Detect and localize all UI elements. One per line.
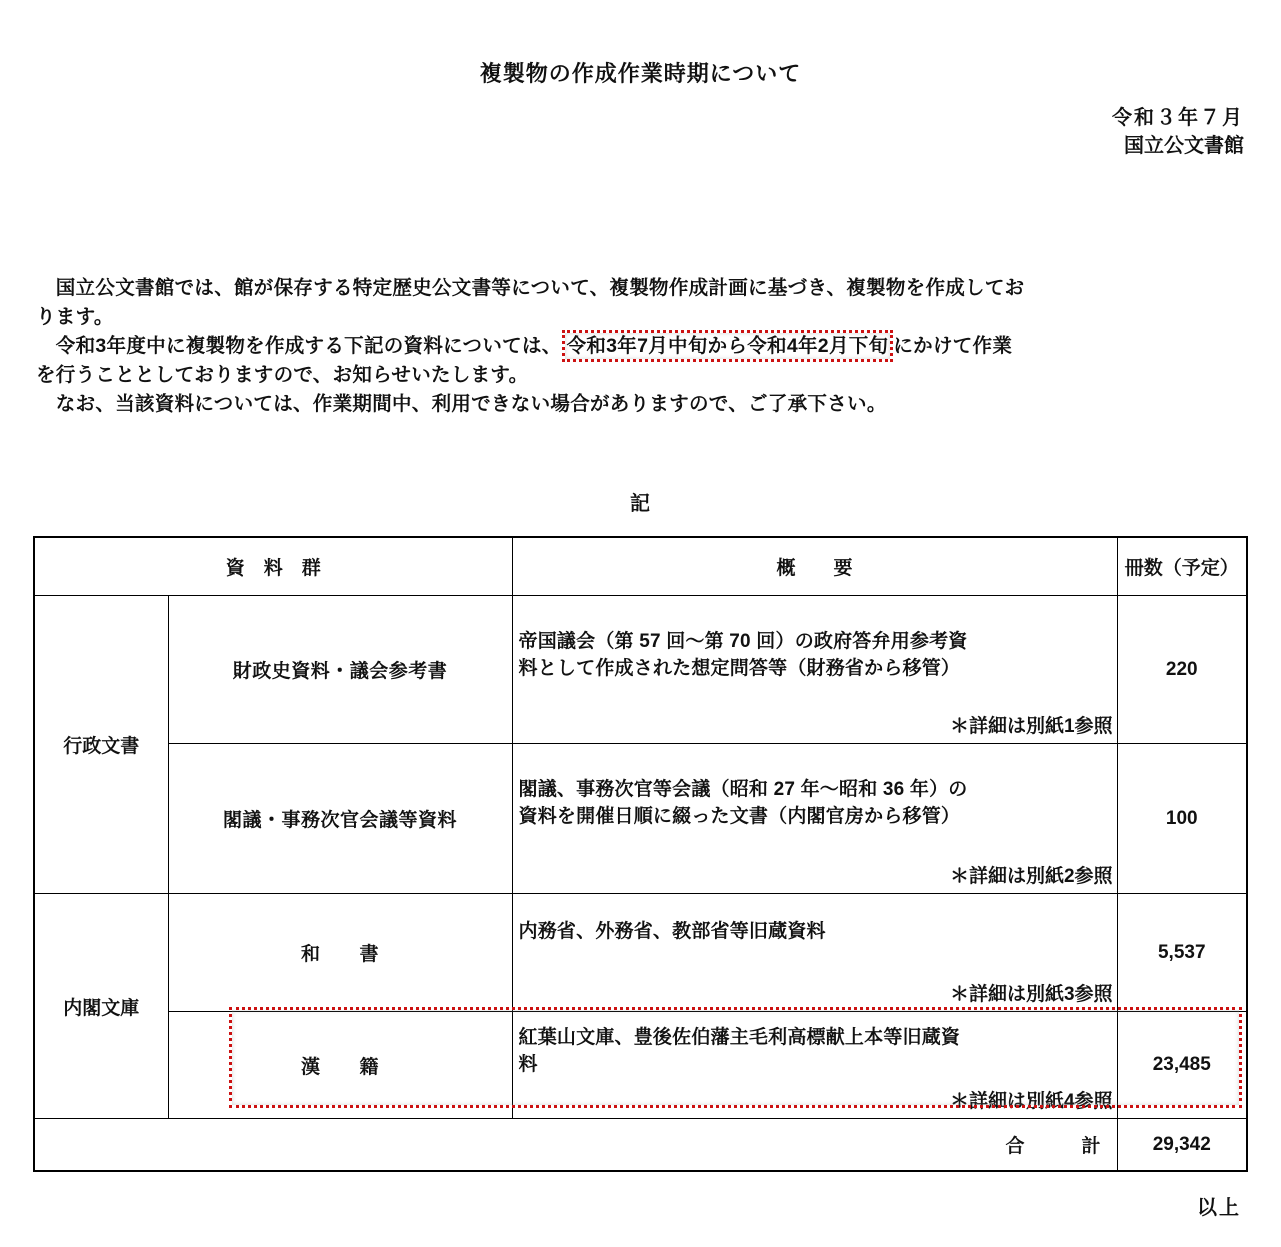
row4-count: 23,485 [1117,1012,1247,1119]
total-count: 29,342 [1117,1119,1247,1172]
total-label: 合 計 [34,1119,1117,1172]
body-line-3-after: にかけて作業 [893,335,1012,357]
materials-table: 資 料 群 概 要 冊数（予定） 行政文書 財政史資料・議会参考書 帝国議会（第… [33,536,1248,1172]
body-line-3-before: 令和3年度中に複製物を作成する下記の資料については、 [36,335,562,357]
body-line-4: を行うこととしておりますので、お知らせいたします。 [36,361,1248,390]
row1-summary-cell: 帝国議会（第 57 回～第 70 回）の政府答弁用参考資 料として作成された想定… [512,596,1117,744]
document-title: 複製物の作成作業時期について [0,57,1281,88]
table-row: 閣議・事務次官会議等資料 閣議、事務次官等会議（昭和 27 年～昭和 36 年）… [34,744,1247,894]
doc-organization: 国立公文書館 [1112,132,1244,160]
row4-note: ＊詳細は別紙4参照 [950,1086,1113,1113]
row3-count: 5,537 [1117,894,1247,1012]
row3-note: ＊詳細は別紙3参照 [950,979,1113,1006]
row4-summary-cell: 紅葉山文庫、豊後佐伯藩主毛利高標献上本等旧蔵資 料 ＊詳細は別紙4参照 [512,1012,1117,1119]
row2-desc: 閣議、事務次官等会議（昭和 27 年～昭和 36 年）の 資料を開催日順に綴った… [513,746,1117,831]
body-line-3: 令和3年度中に複製物を作成する下記の資料については、令和3年7月中旬から令和4年… [36,332,1248,361]
row4-desc: 紅葉山文庫、豊後佐伯藩主毛利高標献上本等旧蔵資 料 [513,1014,1117,1079]
col-header-group: 資 料 群 [34,537,512,596]
col-header-summary: 概 要 [512,537,1117,596]
row4-desc-line1: 紅葉山文庫、豊後佐伯藩主毛利高標献上本等旧蔵資 [519,1024,1109,1052]
document-page: 複製物の作成作業時期について 令和３年７月 国立公文書館 国立公文書館では、館が… [0,0,1281,1247]
table-row: 行政文書 財政史資料・議会参考書 帝国議会（第 57 回～第 70 回）の政府答… [34,596,1247,744]
col-header-count: 冊数（予定） [1117,537,1247,596]
row1-desc-line2: 料として作成された想定問答等（財務省から移管） [519,655,1109,683]
row3-desc: 内務省、外務省、教部省等旧蔵資料 [513,896,1117,946]
table-row: 漢 籍 紅葉山文庫、豊後佐伯藩主毛利高標献上本等旧蔵資 料 ＊詳細は別紙4参照 … [34,1012,1247,1119]
row2-count: 100 [1117,744,1247,894]
group-cell-naikaku-bunko: 内閣文庫 [34,894,168,1119]
row1-note: ＊詳細は別紙1参照 [950,711,1113,738]
row3-name: 和 書 [168,894,512,1012]
row1-desc: 帝国議会（第 57 回～第 70 回）の政府答弁用参考資 料として作成された想定… [513,598,1117,683]
table-header-row: 資 料 群 概 要 冊数（予定） [34,537,1247,596]
row3-desc-line1: 内務省、外務省、教部省等旧蔵資料 [519,918,1109,946]
row4-name: 漢 籍 [168,1012,512,1119]
body-line-1: 国立公文書館では、館が保存する特定歴史公文書等について、複製物作成計画に基づき、… [36,274,1248,303]
doc-date: 令和３年７月 [1112,104,1244,132]
table-row: 内閣文庫 和 書 内務省、外務省、教部省等旧蔵資料 ＊詳細は別紙3参照 5,53… [34,894,1247,1012]
row1-name: 財政史資料・議会参考書 [168,596,512,744]
row1-desc-line1: 帝国議会（第 57 回～第 70 回）の政府答弁用参考資 [519,628,1109,656]
group-cell-gyosei-bunsho: 行政文書 [34,596,168,894]
total-row: 合 計 29,342 [34,1119,1247,1172]
ki-heading: 記 [0,487,1281,516]
row2-note: ＊詳細は別紙2参照 [950,861,1113,888]
row3-summary-cell: 内務省、外務省、教部省等旧蔵資料 ＊詳細は別紙3参照 [512,894,1117,1012]
row2-summary-cell: 閣議、事務次官等会議（昭和 27 年～昭和 36 年）の 資料を開催日順に綴った… [512,744,1117,894]
highlight-period-annotation: 令和3年7月中旬から令和4年2月下旬 [562,330,894,362]
closing-ijou: 以上 [1197,1191,1241,1220]
row4-desc-line2: 料 [519,1051,1109,1079]
row2-desc-line2: 資料を開催日順に綴った文書（内閣官房から移管） [519,803,1109,831]
row2-name: 閣議・事務次官会議等資料 [168,744,512,894]
body-line-2: ります。 [36,303,1248,332]
row1-count: 220 [1117,596,1247,744]
body-line-5: なお、当該資料については、作業期間中、利用できない場合がありますので、ご了承下さ… [36,390,1248,419]
body-paragraphs: 国立公文書館では、館が保存する特定歴史公文書等について、複製物作成計画に基づき、… [36,274,1248,419]
row2-desc-line1: 閣議、事務次官等会議（昭和 27 年～昭和 36 年）の [519,776,1109,804]
date-org-block: 令和３年７月 国立公文書館 [1112,104,1244,160]
